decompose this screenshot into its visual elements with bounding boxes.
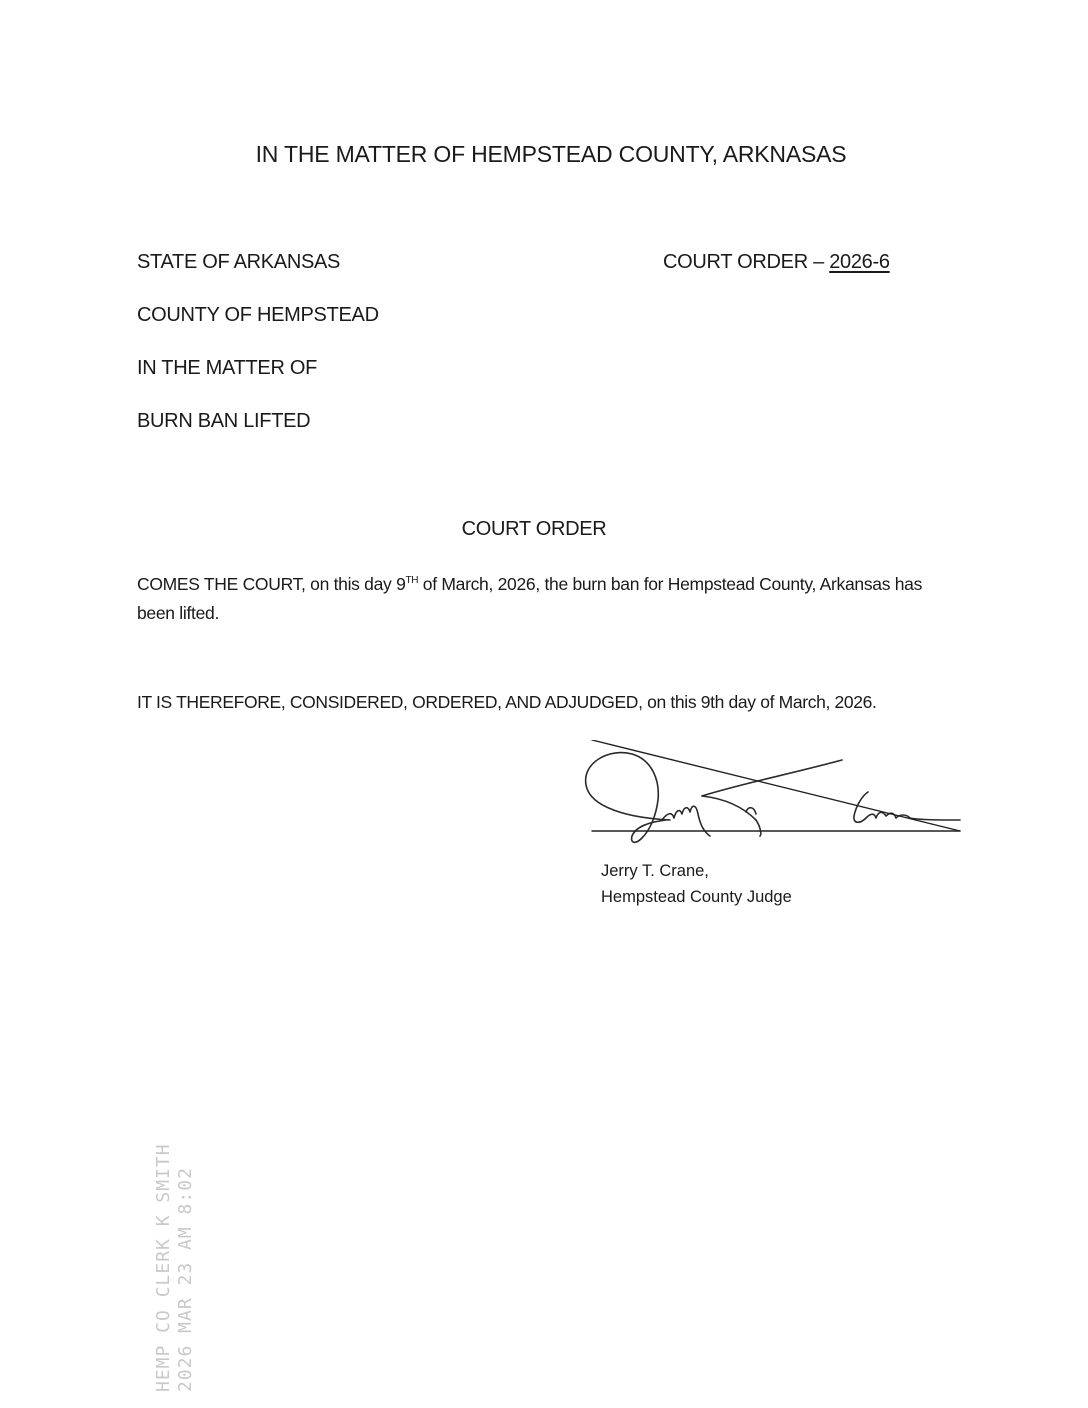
court-order-number-value: 2026-6 — [829, 251, 889, 273]
filing-stamp-date: 2026 MAR 23 AM 8:02 — [175, 1192, 197, 1392]
court-order-number: COURT ORDER – 2026-6 — [663, 251, 890, 274]
caption-state: STATE OF ARKANSAS — [137, 251, 340, 274]
order-paragraph-2: IT IS THEREFORE, CONSIDERED, ORDERED, AN… — [137, 692, 877, 713]
signatory-name: Jerry T. Crane, — [601, 858, 792, 884]
court-order-label: COURT ORDER – — [663, 251, 829, 273]
filing-stamp: HEMP CO CLERK K SMITH 2026 MAR 23 AM 8:0… — [153, 1192, 213, 1392]
signatory: Jerry T. Crane, Hempstead County Judge — [601, 858, 792, 910]
document-title: IN THE MATTER OF HEMPSTEAD COUNTY, ARKNA… — [0, 141, 1088, 168]
caption-county: COUNTY OF HEMPSTEAD — [137, 304, 379, 327]
caption-matter: IN THE MATTER OF — [137, 357, 317, 380]
signatory-title: Hempstead County Judge — [601, 884, 792, 910]
order-paragraph-1: COMES THE COURT, on this day 9TH of Marc… — [137, 570, 927, 628]
order-heading: COURT ORDER — [0, 518, 1068, 541]
ordinal-superscript: TH — [406, 575, 419, 586]
caption-subject: BURN BAN LIFTED — [137, 410, 310, 433]
signature-icon — [570, 740, 990, 860]
paragraph-1-text: COMES THE COURT, on this day 9 — [137, 574, 406, 594]
document-page: IN THE MATTER OF HEMPSTEAD COUNTY, ARKNA… — [0, 0, 1088, 1408]
filing-stamp-clerk: HEMP CO CLERK K SMITH — [153, 1192, 175, 1392]
